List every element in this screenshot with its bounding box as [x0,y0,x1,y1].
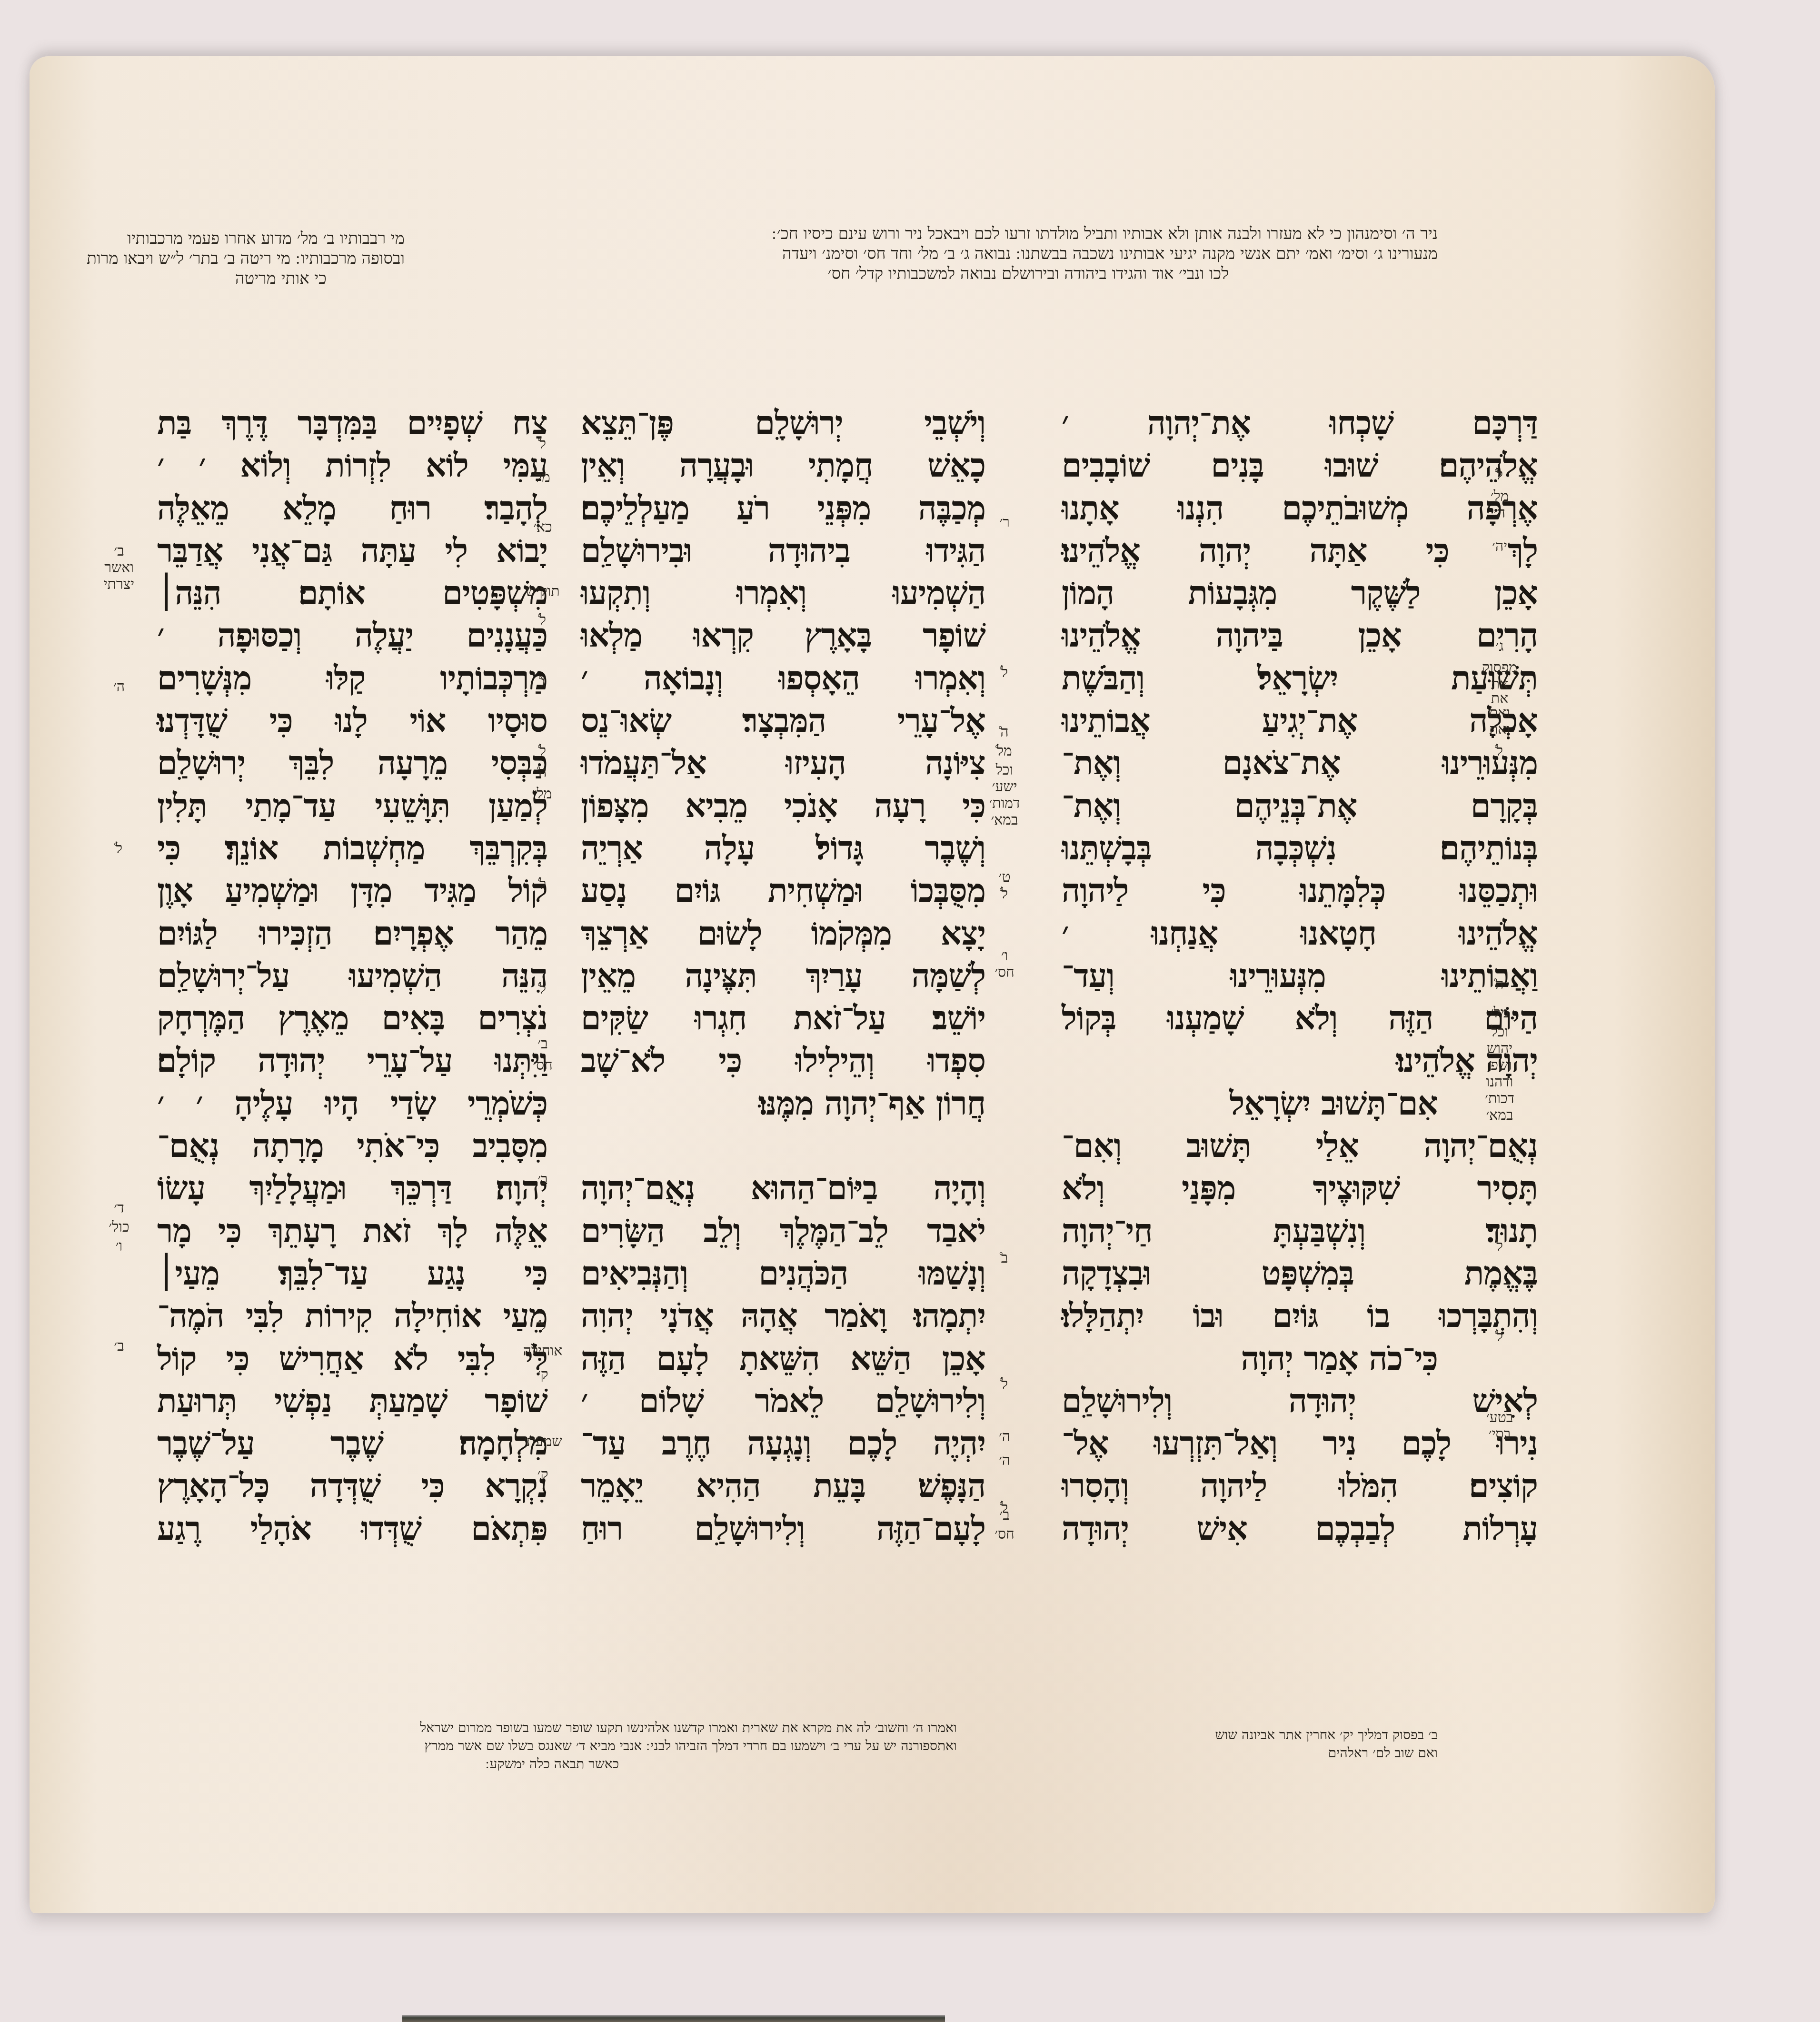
masora-parva-note: מפסוק [1471,659,1528,677]
masora-parva-note: ל̊ [514,876,571,893]
text-line: אָכְלָה אֶת־יְגִיעַ אֲבוֹתֵינוּ [1062,700,1538,742]
masora-parva-note: כול׳ [90,1219,148,1236]
text-line: כְּשֹׁמְרֵי שָׂדַי הָיוּ עָלֶיהָ ׳ ׳ [157,1083,547,1125]
text-line: וְנָשַׁמּוּ הַכֹּהֲנִים וְהַנְּבִיאִים [581,1253,985,1295]
text-line: מִסֻּבְּכוֹ וּמַשְׁחִית גּוֹיִם נָסַע [581,870,985,912]
text-line: שׁוֹפָר בָּאָרֶץ קִרְאוּ מַלְאוּ [581,615,985,657]
masora-parva-note: מל׳ [514,786,571,803]
masora-parva-note: וכל [1471,1024,1528,1041]
masora-parva-note: ב׳ [514,1171,571,1188]
masora-parva-note: ואת [1471,721,1528,738]
text-line: לְהָבַר׃ רוּחַ מָלֵא מֵאֵלֶּה [157,488,547,530]
text-line: כַּבְּסִי מֵרָעָה לִבֵּךְ יְרוּשָׁלִַם [157,742,547,785]
text-line: מֵהַר אֶפְרָיִם׃ הַזְכִּירוּ לַגּוֹיִם [157,913,547,955]
text-line: נִקְרָא כִּי שֻׁדְּדָה כָּל־הָאָרֶץ [157,1465,547,1507]
text-line: אָכֵן לַשֶּׁקֶר מִגְּבָעוֹת הָמוֹן [1062,572,1538,615]
text-line: כִּי רָעָה אָנֹכִי מֵבִיא מִצָּפוֹן [581,785,985,827]
text-line: מִסָּבִיב כִּי־אֹתִי מָרָתָה נְאֻם־ [157,1125,547,1167]
masora-line: ואם שוב לם׳ ראלהים [1066,1744,1438,1762]
text-line: אֶל־עָרֵי הַמִּבְצָר׃ שְׂאוּ־נֵס [581,700,985,742]
text-line: יָצָא מִמְּקֹמוֹ לָשׂוּם אַרְצֵךְ [581,913,985,955]
masora-parva-note: ה׳ [1471,505,1528,522]
masora-line: מנעורינו ג׳ וסימ׳ ואמ׳ יתם אנשי מקנה יגי… [619,244,1438,264]
masora-parva-note: ושפ׳ [1471,1057,1528,1074]
text-line: וְהָיָה בַיּוֹם־הַהוּא נְאֻם־יְהוָה [581,1167,985,1210]
text-line: יָבוֹא לִי עַתָּה גַּם־אֲנִי אֲדַבֵּר [157,530,547,572]
text-line: מְכַבֶּה מִפְּנֵי רֹעַ מַעַלְלֵיכֶם׃ [581,488,985,530]
text-line: עָרְלוֹת לְבַבְכֶם אִישׁ יְהוּדָה [1062,1508,1538,1550]
text-line: וַיִּתְּנוּ עַל־עָרֵי יְהוּדָה קוֹלָם׃ [157,1040,547,1082]
masora-parva-note: ו׳ [90,1238,148,1255]
text-line: הִנֵּה הַשְׁמִיעוּ עַל־יְרוּשָׁלִַם [157,955,547,997]
masora-parva-note: ה̊ [1471,976,1528,993]
masora-parva-note: ואת [1471,705,1528,722]
text-line: אֱלֹהֵינוּ חָטָאנוּ אֲנַחְנוּ ׳ [1062,913,1538,955]
masora-magna-top-right: ניר ה׳ וסימנהון כי לא מעזרו ולבנה אותן ו… [619,224,1438,284]
text-line: לִּי לִבִּי לֹא אַחֲרִישׁ כִּי קוֹל [157,1338,547,1380]
text-line: קוֹל מַגִּיד מִדָּן וּמַשְׁמִיעַ אָוֶן [157,870,547,912]
masora-parva-note: ל̊ [514,612,571,629]
text-line: נֹצְרִים בָּאִים מֵאֶרֶץ הַמֶּרְחָק [157,997,547,1040]
masora-parva-note: ל̊ [1471,1328,1528,1345]
masora-line: לכו ונבי׳ אוד והגידו ביהודה ובירושלם נבו… [619,264,1438,284]
text-line: וְהִתְבָּרְכוּ בוֹ גּוֹיִם וּבוֹ יִתְהַל… [1062,1295,1538,1337]
masora-parva-note: ג׳ [1471,638,1528,655]
text-line: וְשֶׁבֶר גָּדוֹל׃ עָלָה אַרְיֵה [581,827,985,870]
masora-parva-note: דמות׳ [976,795,1033,812]
masora-line: ובסופה מרכבותיו ׃ מי ריטה ב׳ בתר׳ ל״ש וי… [157,249,405,269]
masora-parva-note: יה׳ [1471,538,1528,555]
masora-magna-bottom-left: ואמרו ה׳ וחשוב׳ לה את מקרא את שארית ואמר… [148,1719,957,1773]
masora-parva-note: מל׳ [1471,1005,1528,1022]
masora-parva-note: ב׳ [90,543,148,560]
masora-parva-note: ל̊ [1471,743,1528,760]
masora-parva-note: ודהנו [1471,1074,1528,1091]
masora-parva-note: חס׳ [976,964,1033,981]
masora-parva-note: מל̊ [514,469,571,486]
masora-parva-note: ר׳ [976,514,1033,531]
masora-parva-note: ה׳ [90,678,148,696]
text-line: אֵלֶּה לָךְ זֹאת רָעָתֵךְ כִּי מָר [157,1210,547,1253]
text-line: אֶרְפָּה מְשׁוּבֹתֵיכֶם הִנְנוּ אָתָנוּ [1062,488,1538,530]
masora-parva-note: ב׳ [90,1338,148,1355]
text-column-left: צַח שְׁפָיִים בַּמִּדְבָּר דֶּרֶךְ בַּתע… [157,402,547,1550]
text-line: סִפְדוּ וְהֵילִילוּ כִּי לֹא־שָׁב [581,1040,985,1082]
masora-parva-note: ל̊ [514,436,571,453]
masora-parva-note: ק׳ [514,1366,571,1384]
text-column-right: דַּרְכָּם שָׁכְחוּ אֶת־יְהוָה ׳אֱלֹהֵיהֶ… [1062,402,1538,1550]
text-line: וַאֲבוֹתֵינוּ מִנְּעוּרֵינוּ וְעַד־ [1062,955,1538,997]
text-line: הַיּוֹם הַזֶּה וְלֹא שָׁמַעְנוּ בְּקוֹל [1062,997,1538,1040]
text-line: כָאֵשׁ חֲמָתִי וּבָעֲרָה וְאֵין [581,445,985,487]
masora-parva-note: ל̊ [1471,467,1528,484]
text-line: בְּנוֹתֵיהֶם׃ נִשְׁכְּבָה בְּבָשְׁתֵּנוּ [1062,827,1538,870]
masora-parva-note: מל׳ [1471,488,1528,505]
text-line: תָנוּד׃ וְנִשְׁבַּעְתָּ חַי־יְהוָה [1062,1210,1538,1253]
text-line: חֲרוֹן אַף־יְהוָה מִמֶּנּוּ׃ [581,1083,985,1125]
text-line: יִתְמָהוּ׃ וָאֹמַר אֲהָהּ אֲדֹנָי יְהוִה [581,1295,985,1337]
masora-parva-note: ו׳ [976,947,1033,965]
text-column-middle: וְיֹשְׁבֵי יְרוּשָׁלִָם פֶּן־תֵּצֵאכָאֵש… [581,402,985,1550]
masora-parva-note: וכל [976,762,1033,779]
text-line: בֶּאֱמֶת בְּמִשְׁפָּט וּבִצְדָקָה [1062,1253,1538,1295]
masora-parva-note: ה׳ [976,1452,1033,1469]
text-line: מִנְּעוּרֵינוּ אֶת־צֹאנָם וְאֶת־ [1062,742,1538,785]
text-line: הָרִים אָכֵן בַּיהוָה אֱלֹהֵינוּ [1062,615,1538,657]
masora-parva-note: מל̊ [976,743,1033,760]
masora-parva-note: ל̊ [90,840,148,857]
masora-parva-note: בסי׳ [1471,1426,1528,1443]
masora-parva-note: בטע׳ [1471,1409,1528,1426]
text-line: נִירוּ לָכֶם נִיר וְאַל־תִּזְרְעוּ אֶל־ [1062,1423,1538,1465]
masora-parva-note: ט׳ [976,869,1033,886]
text-line: לְמַעַן תִּוָּשֵׁעִי עַד־מָתַי תָּלִין [157,785,547,827]
masora-parva-note: ישע׳ [976,778,1033,796]
text-line: שׁוֹפָר שָׁמַעַתְּ נַפְשִׁי תְּרוּעַת [157,1380,547,1423]
text-line: נְאֻם־יְהוָה אֵלַי תָּשׁוּב וְאִם־ [1062,1125,1538,1167]
masora-line: ואמרו ה׳ וחשוב׳ לה את מקרא את שארית ואמר… [148,1719,957,1737]
text-line: כִּי נָגַע עַד־לִבֵּךְ׃ מֵעַי׀ [157,1253,547,1295]
text-line: עַמִּי לוֹא לִזְרוֹת וְלוֹא ׳ ׳ [157,445,547,487]
masora-parva-note: תוקיש [514,583,571,600]
masora-parva-note: ה׳ [976,1428,1033,1445]
text-line [581,1125,985,1167]
text-line: יְהוָה אֱלֹהֵינוּ׃ [1062,1040,1538,1082]
masora-parva-note: חס׳ [514,1057,571,1074]
text-line: מֵעַי אוֹחִילָה קִירוֹת לִבִּי הֹמֶה־ [157,1295,547,1337]
masora-parva-note: ל̊ [976,664,1033,681]
masora-parva-note: דכות׳ [1471,1090,1528,1107]
text-line: יִהְיֶה לָכֶם וְנָגְעָה חֶרֶב עַד־ [581,1423,985,1465]
masora-parva-note: כא׳ [514,519,571,536]
text-line: צַח שְׁפָיִים בַּמִּדְבָּר דֶּרֶךְ בַּת [157,402,547,445]
masora-magna-top-left: מי רבבותיו ב׳ מל׳ מדוע אחרו פעמי מרכבותי… [157,229,405,289]
text-line: וְלִירוּשָׁלִַם לֵאמֹר שָׁלוֹם ׳ [581,1380,985,1423]
masora-parva-note: שמעת׳ [514,1433,571,1450]
masora-parva-note: ב׳ [514,1036,571,1053]
text-line: בְּקִרְבֵּךְ מַחְשְׁבוֹת אוֹנֵךְ׃ כִּי [157,827,547,870]
text-line: כַּעֲנָנִים יַעֲלֶה וְכַסּוּפָה ׳ [157,615,547,657]
masora-parva-note: ה̊ [976,724,1033,741]
text-line: לָךְ כִּי אַתָּה יְהוָה אֱלֹהֵינוּ׃ [1062,530,1538,572]
text-line: מִשְׁפָּטִים אוֹתָם׃ הִנֵּה׀ [157,572,547,615]
masora-parva-note: ל̊ [976,1376,1033,1393]
masora-parva-note: במא׳ [976,812,1033,829]
text-line: בְּקָרָם אֶת־בְּנֵיהֶם וְאֶת־ [1062,785,1538,827]
text-line: לָעָם־הַזֶּה וְלִירוּשָׁלִַם רוּחַ [581,1508,985,1550]
masora-parva-note: ל̊ [514,981,571,998]
masora-parva-note: ל̊ [976,886,1033,903]
masora-parva-note: ל̊ [514,1319,571,1336]
text-line: פִּתְאֹם שֻׁדְּדוּ אֹהָלַי רֶגַע [157,1508,547,1550]
text-line: הַשְׁמִיעוּ וְאִמְרוּ וְתִקְעוּ [581,572,985,615]
masora-parva-note: ק׳ [514,1466,571,1484]
text-line: תְּשׁוּעַת יִשְׂרָאֵל׃ וְהַבֹּשֶׁת [1062,657,1538,700]
masora-parva-note: ב̊ [976,1250,1033,1267]
masora-parva-note: ל̊ [1471,1238,1528,1255]
masora-parva-note: ה̊ [514,764,571,781]
masora-line: ב׳ בפסוק דמליך יק׳ אחרין אתר אביונה שוש [1066,1726,1438,1744]
masora-line: מי רבבותיו ב׳ מל׳ מדוע אחרו פעמי מרכבותי… [157,229,405,249]
masora-parva-note: ואשר [90,559,148,577]
text-line: סוּסָיו אוֹי לָנוּ כִּי שֻׁדָּדְנוּ׃ [157,700,547,742]
text-line: וּתְכַסֵּנוּ כְּלִמָּתֵנוּ כִּי לַיהוָה [1062,870,1538,912]
text-line: דַּרְכָּם שָׁכְחוּ אֶת־יְהוָה ׳ [1062,402,1538,445]
text-line: וְאִמְרוּ הֵאָסְפוּ וְנָבוֹאָה ׳ [581,657,985,700]
text-line: יֹאבַד לֵב־הַמֶּלֶךְ וְלֵב הַשָּׂרִים [581,1210,985,1253]
text-line: כִּי־כֹה אָמַר יְהוָה [1062,1338,1538,1380]
text-line: יוֹשֵׁב׃ עַל־זֹאת חִגְרוּ שַׂקִּים [581,997,985,1040]
text-line: אֱלֹהֵיהֶם׃ שׁוּבוּ בָּנִים שׁוֹבָבִים [1062,445,1538,487]
masora-parva-note: ד׳ [90,1200,148,1217]
text-line: אָכֵן הַשֵּׁא הִשֵּׁאתָ לָעָם הַזֶּה [581,1338,985,1380]
masora-line: כאשר תבאה כלה ימשקע ׃ [148,1755,957,1773]
text-line: הַנָּפֶשׁ׃ בָּעֵת הַהִיא יֵאָמֵר [581,1465,985,1507]
masora-parva-note: ב׳ [976,1507,1033,1524]
masora-line: כי אותי מריטה [157,269,405,289]
masora-parva-note: ג̊ [514,674,571,691]
text-line: הַגִּידוּ בִיהוּדָה וּבִירוּשָׁלִַם [581,530,985,572]
text-line: יְהוָה׃ דַּרְכֵּךְ וּמַעֲלָלַיִךְ עָשׂוֹ [157,1167,547,1210]
text-line: לְאִישׁ יְהוּדָה וְלִירוּשָׁלִַם [1062,1380,1538,1423]
masora-magna-bottom-right: ב׳ בפסוק דמליך יק׳ אחרין אתר אביונה שוש … [1066,1726,1438,1762]
masora-parva-note: אוחילה [514,1343,571,1360]
scale-bar [402,2015,945,2022]
masora-parva-note: ל̊ [514,743,571,760]
masora-parva-note: יהוש [1471,1040,1528,1057]
text-line: צִיּוֹנָה הָעִיזוּ אַל־תַּעֲמֹדוּ [581,742,985,785]
masora-parva-note: במא׳ [1471,1107,1528,1124]
text-line: תָּסִיר שִׁקּוּצֶיךָ מִפָּנַי וְלֹא [1062,1167,1538,1210]
text-line: קוֹצִים׃ הִמֹּלוּ לַיהוָה וְהָסִרוּ [1062,1465,1538,1507]
text-line: אִם־תָּשׁוּב יִשְׂרָאֵל [1062,1083,1538,1125]
masora-line: ניר ה׳ וסימנהון כי לא מעזרו ולבנה אותן ו… [619,224,1438,244]
text-line: מַרְכְּבוֹתָיו קַלּוּ מִנְּשָׁרִים [157,657,547,700]
masora-parva-note: יצרתי [90,576,148,593]
text-line: מִלְחָמָה׃ שֶׁבֶר עַל־שֶׁבֶר [157,1423,547,1465]
masora-line: ואתספורנה יש על ערי ב׳ וישמעו בם חרדי דמ… [148,1737,957,1755]
text-line: לְשַׁמָּה עָרַיִךְ תִּצֶּינָה מֵאֵין [581,955,985,997]
masora-parva-note: חס׳ [976,1526,1033,1543]
text-line: וְיֹשְׁבֵי יְרוּשָׁלִָם פֶּן־תֵּצֵא [581,402,985,445]
